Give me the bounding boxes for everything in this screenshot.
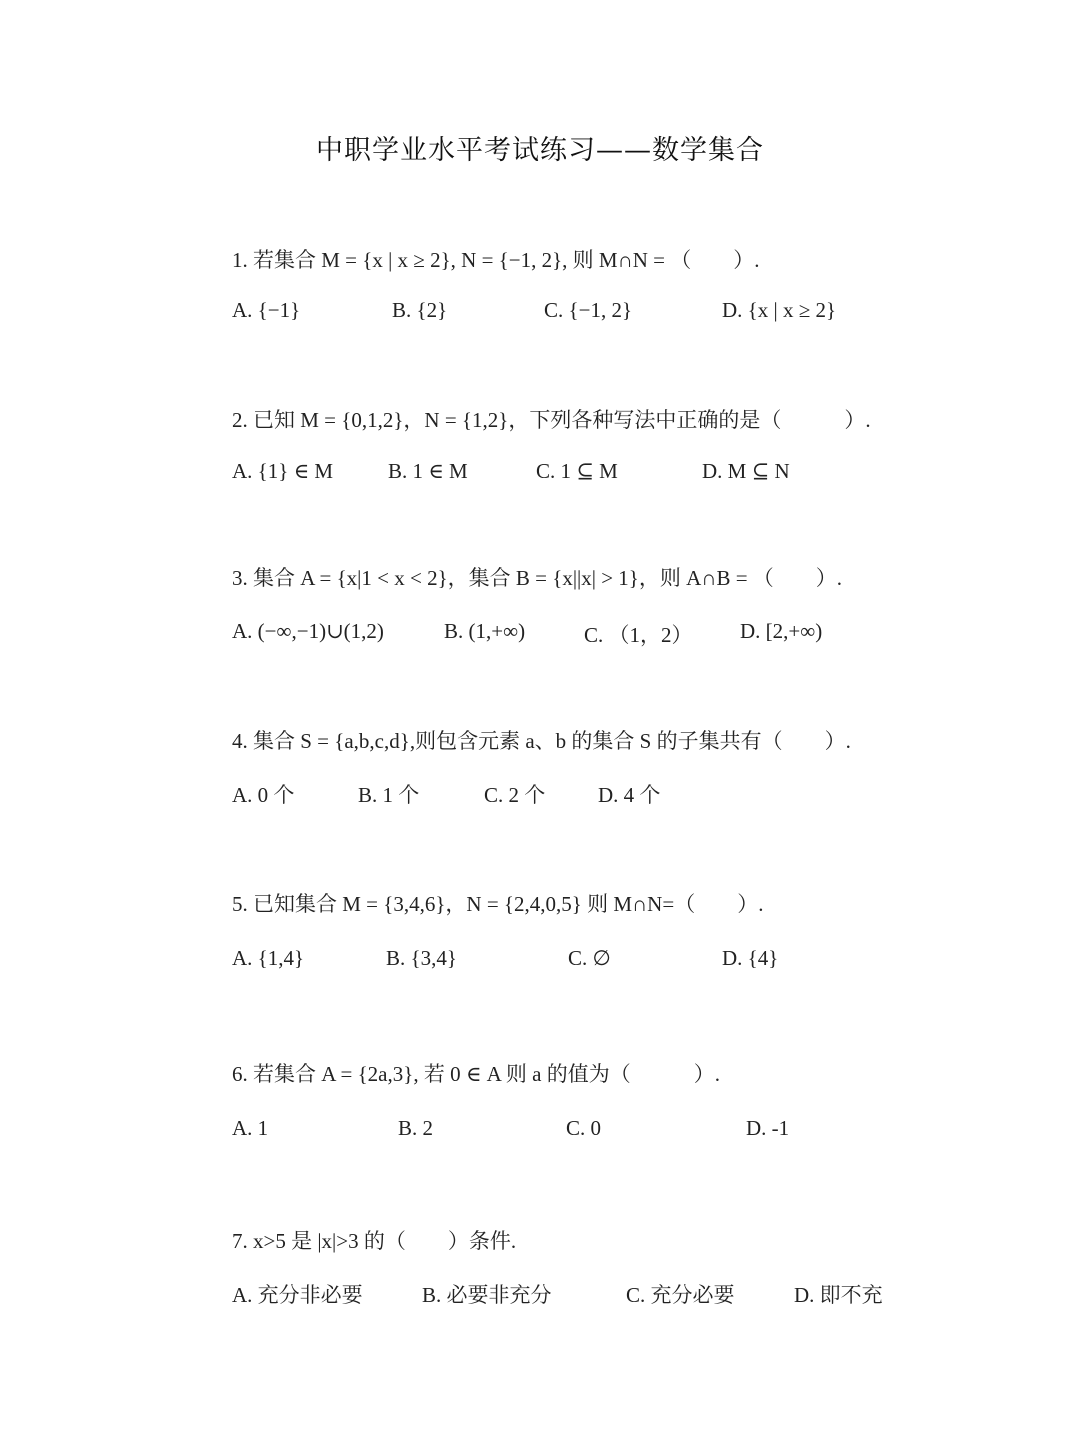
option-d: D. [2,+∞) bbox=[740, 619, 822, 644]
question-number: 3. bbox=[232, 566, 248, 590]
question-2: 2. 已知 M = {0,1,2}，N = {1,2}，下列各种写法中正确的是（… bbox=[232, 404, 871, 434]
question-number: 6. bbox=[232, 1062, 248, 1086]
option-c: C. （1，2） bbox=[584, 619, 693, 649]
question-stem: x>5 是 |x|>3 的（ ）条件. bbox=[253, 1229, 516, 1253]
option-d: D. M ⊆ N bbox=[702, 459, 790, 484]
option-c: C. 0 bbox=[566, 1116, 601, 1141]
option-a: A. {−1} bbox=[232, 298, 300, 323]
option-d: D. {x | x ≥ 2} bbox=[722, 298, 836, 323]
question-stem: 集合 S = {a,b,c,d},则包含元素 a、b 的集合 S 的子集共有（ … bbox=[253, 729, 851, 753]
option-a: A. {1} ∈ M bbox=[232, 459, 333, 484]
option-a: A. 1 bbox=[232, 1116, 268, 1141]
question-number: 4. bbox=[232, 729, 248, 753]
option-c: C. 充分必要 bbox=[626, 1279, 735, 1309]
question-stem: 已知 M = {0,1,2}，N = {1,2}，下列各种写法中正确的是（ ）. bbox=[253, 408, 871, 432]
option-b: B. (1,+∞) bbox=[444, 619, 525, 644]
question-1: 1. 若集合 M = {x | x ≥ 2}, N = {−1, 2}, 则 M… bbox=[232, 244, 760, 274]
option-b: B. 2 bbox=[398, 1116, 433, 1141]
question-4: 4. 集合 S = {a,b,c,d},则包含元素 a、b 的集合 S 的子集共… bbox=[232, 725, 851, 755]
document-title: 中职学业水平考试练习——数学集合 bbox=[0, 128, 1080, 167]
option-a: A. (−∞,−1)∪(1,2) bbox=[232, 619, 384, 644]
question-number: 1. bbox=[232, 248, 248, 272]
question-stem: 若集合 M = {x | x ≥ 2}, N = {−1, 2}, 则 M∩N … bbox=[253, 248, 760, 272]
option-d: D. -1 bbox=[746, 1116, 789, 1141]
question-5: 5. 已知集合 M = {3,4,6}，N = {2,4,0,5} 则 M∩N=… bbox=[232, 888, 763, 918]
question-stem: 已知集合 M = {3,4,6}，N = {2,4,0,5} 则 M∩N=（ ）… bbox=[253, 892, 763, 916]
option-a: A. {1,4} bbox=[232, 946, 304, 971]
option-d: D. 即不充 bbox=[794, 1279, 883, 1309]
question-stem: 若集合 A = {2a,3}, 若 0 ∈ A 则 a 的值为（ ）. bbox=[253, 1062, 720, 1086]
option-c: C. 1 ⊆ M bbox=[536, 459, 618, 484]
question-6: 6. 若集合 A = {2a,3}, 若 0 ∈ A 则 a 的值为（ ）. bbox=[232, 1058, 720, 1088]
question-number: 5. bbox=[232, 892, 248, 916]
option-a: A. 0 个 bbox=[232, 779, 294, 809]
question-3: 3. 集合 A = {x|1 < x < 2}，集合 B = {x||x| > … bbox=[232, 562, 842, 592]
option-b: B. {2} bbox=[392, 298, 447, 323]
option-b: B. 1 ∈ M bbox=[388, 459, 468, 484]
option-d: D. 4 个 bbox=[598, 779, 660, 809]
option-c: C. ∅ bbox=[568, 946, 611, 971]
option-d: D. {4} bbox=[722, 946, 778, 971]
option-b: B. {3,4} bbox=[386, 946, 457, 971]
question-number: 2. bbox=[232, 408, 248, 432]
option-c: C. {−1, 2} bbox=[544, 298, 632, 323]
option-a: A. 充分非必要 bbox=[232, 1279, 363, 1309]
option-c: C. 2 个 bbox=[484, 779, 545, 809]
option-b: B. 必要非充分 bbox=[422, 1279, 552, 1309]
question-number: 7. bbox=[232, 1229, 248, 1253]
question-stem: 集合 A = {x|1 < x < 2}，集合 B = {x||x| > 1}，… bbox=[253, 566, 842, 590]
option-b: B. 1 个 bbox=[358, 779, 419, 809]
question-7: 7. x>5 是 |x|>3 的（ ）条件. bbox=[232, 1225, 516, 1255]
